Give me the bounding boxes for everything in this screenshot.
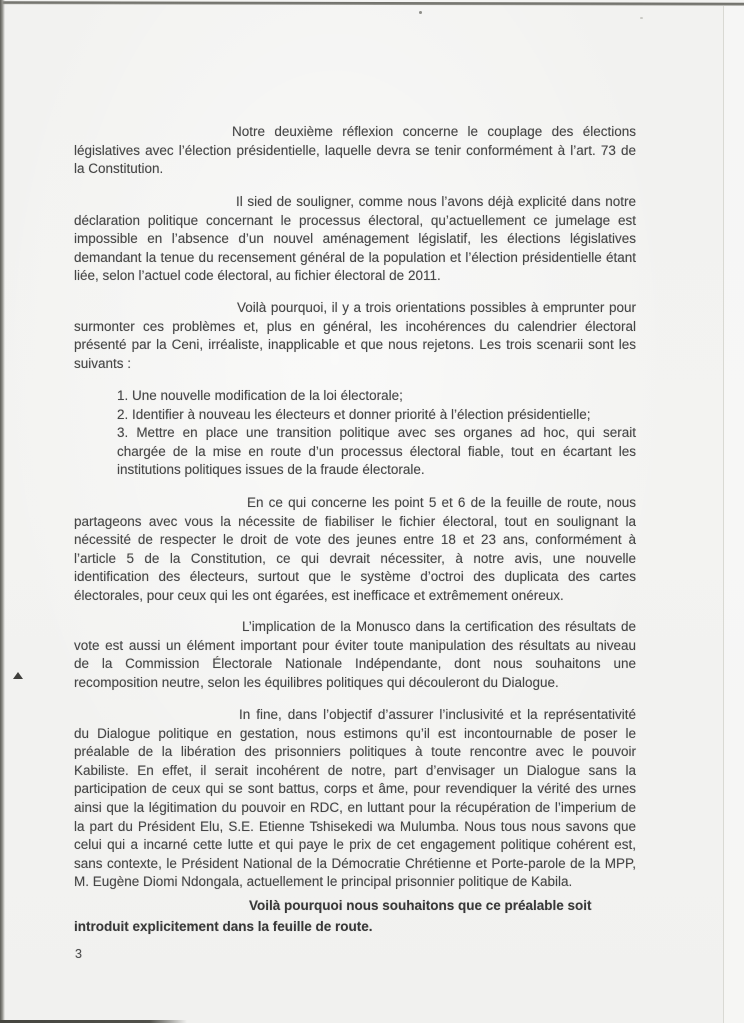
text-line: Notre deuxième réflexion concerne le cou… bbox=[74, 123, 636, 142]
text-line: celui qui a incarné cette lutte et qui p… bbox=[74, 836, 636, 855]
text-line: électorales, pour ceux qui les ont égaré… bbox=[74, 587, 636, 606]
text-line: recomposition neutre, selon les équilibr… bbox=[74, 674, 636, 693]
text-line: la part du Président Elu, S.E. Etienne T… bbox=[74, 818, 636, 837]
text-line: déclaration politique concernant le proc… bbox=[74, 212, 636, 231]
paragraph-in-fine: In fine, dans l’objectif d’assurer l’inc… bbox=[74, 706, 636, 892]
scanned-document-page: Notre deuxième réflexion concerne le cou… bbox=[0, 0, 744, 1023]
text-line: participation de ceux qui se sont battus… bbox=[74, 780, 636, 799]
text-line: du Dialogue politique en gestation, nous… bbox=[74, 725, 636, 744]
list-item-line: institutions politiques issues de la fra… bbox=[117, 461, 636, 480]
text-line: M. Eugène Diomi Ndongala, actuellement l… bbox=[74, 873, 636, 892]
scan-edge-right bbox=[723, 6, 744, 1023]
text-line: Voilà pourquoi, il y a trois orientation… bbox=[74, 299, 636, 318]
text-line: surmonter ces problèmes et, plus en géné… bbox=[74, 318, 636, 337]
text-line: impossible en l’absence d’un nouvel amén… bbox=[74, 230, 636, 249]
text-line: En ce qui concerne les point 5 et 6 de l… bbox=[74, 494, 636, 513]
text-line: identification des électeurs, surtout qu… bbox=[74, 568, 636, 587]
text-line: l’article 5 de la Constitution, ce qui d… bbox=[74, 550, 636, 569]
margin-artifact-mark bbox=[13, 672, 23, 679]
text-line: suivants : bbox=[74, 355, 636, 374]
text-line: introduit explicitement dans la feuille … bbox=[74, 917, 636, 938]
list-trois-scenarios: 1. Une nouvelle modification de la loi é… bbox=[117, 387, 636, 480]
list-item-line: 3. Mettre en place une transition politi… bbox=[117, 424, 636, 443]
text-line: In fine, dans l’objectif d’assurer l’inc… bbox=[74, 706, 636, 725]
scan-edge-left bbox=[0, 0, 5, 1023]
list-item-line: 2. Identifier à nouveau les électeurs et… bbox=[117, 406, 636, 425]
text-line: préalable de la libération des prisonnie… bbox=[74, 743, 636, 762]
text-line: liée, selon l’actuel code électoral, au … bbox=[74, 267, 636, 286]
text-line: vote est aussi un élément important pour… bbox=[74, 637, 636, 656]
paragraph-jumelage-impossible: Il sied de souligner, comme nous l’avons… bbox=[74, 193, 636, 286]
text-line: nécessité de respecter le droit de vote … bbox=[74, 531, 636, 550]
scan-speck bbox=[640, 17, 643, 19]
text-line: législatives avec l’élection présidentie… bbox=[74, 142, 636, 161]
paragraph-monusco: L’implication de la Monusco dans la cert… bbox=[74, 618, 636, 692]
text-line: sans contexte, le Président National de … bbox=[74, 855, 636, 874]
list-item-line: chargée de la mise en route d’un process… bbox=[117, 443, 636, 462]
text-line: présenté par la Ceni, irréaliste, inappl… bbox=[74, 336, 636, 355]
text-line: ainsi que la légitimation du pouvoir en … bbox=[74, 799, 636, 818]
paragraph-deuxieme-reflexion: Notre deuxième réflexion concerne le cou… bbox=[74, 123, 636, 179]
text-line: la Constitution. bbox=[74, 160, 636, 179]
page-number: 3 bbox=[75, 947, 82, 961]
scan-speck bbox=[419, 11, 422, 14]
paragraph-trois-orientations: Voilà pourquoi, il y a trois orientation… bbox=[74, 299, 636, 373]
text-line: L’implication de la Monusco dans la cert… bbox=[74, 618, 636, 637]
text-line: Il sied de souligner, comme nous l’avons… bbox=[74, 193, 636, 212]
paragraph-points-5-6: En ce qui concerne les point 5 et 6 de l… bbox=[74, 494, 636, 606]
text-line: demandant la tenue du recensement généra… bbox=[74, 249, 636, 268]
list-item-line: 1. Une nouvelle modification de la loi é… bbox=[117, 387, 636, 406]
text-line: partageons avec vous la nécessite de fia… bbox=[74, 513, 636, 532]
scan-edge-top bbox=[0, 1, 744, 6]
text-line: de la Commission Électorale Nationale In… bbox=[74, 655, 636, 674]
text-line: Kabiliste. En effet, il serait incohéren… bbox=[74, 762, 636, 781]
paragraph-conclusion-bold: Voilà pourquoi nous souhaitons que ce pr… bbox=[74, 896, 636, 937]
text-line: Voilà pourquoi nous souhaitons que ce pr… bbox=[74, 896, 636, 917]
